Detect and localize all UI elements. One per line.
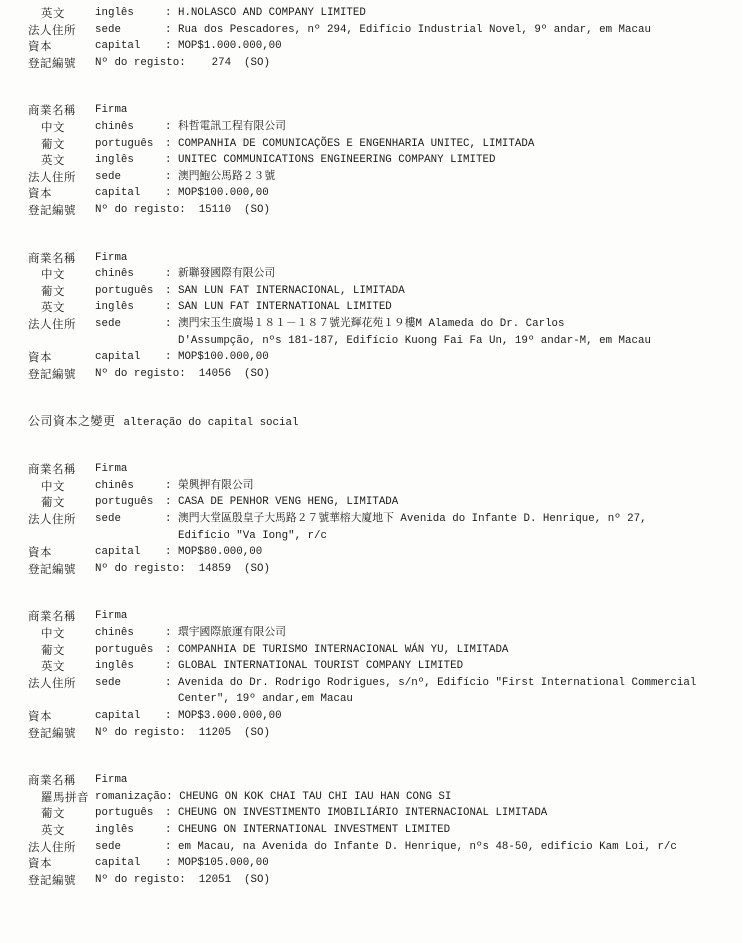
record-row: 登記編號 Nº do registo: 14859 (SO) bbox=[28, 561, 728, 578]
label-zh: 英文 bbox=[28, 5, 95, 22]
label-zh: 中文 bbox=[28, 478, 95, 495]
field-value: 澳門大堂區殷皇子大馬路２７號華榕大廈地下 Avenida do Infante … bbox=[178, 511, 728, 544]
field-value: 12051 (SO) bbox=[186, 872, 728, 889]
label-pt: chinês bbox=[95, 478, 165, 495]
record-row: 中文 chinês : 榮興押有限公司 bbox=[28, 478, 728, 495]
colon-separator: : bbox=[165, 625, 178, 642]
record-row: 資本 capital : MOP$3.000.000,00 bbox=[28, 708, 728, 725]
record-row: 商業名稱 Firma bbox=[28, 250, 728, 267]
label-pt: português bbox=[95, 642, 165, 659]
field-value: GLOBAL INTERNATIONAL TOURIST COMPANY LIM… bbox=[178, 658, 728, 675]
record-row: 法人住所 sede : 澳門宋玉生廣場１８１－１８７號光輝花苑１９樓M Alam… bbox=[28, 316, 728, 349]
label-zh: 資本 bbox=[28, 38, 95, 55]
colon-separator: : bbox=[165, 839, 178, 856]
label-zh: 葡文 bbox=[28, 494, 95, 511]
record-row: 葡文 português : SAN LUN FAT INTERNACIONAL… bbox=[28, 283, 728, 300]
label-pt: Nº do registo: bbox=[95, 725, 186, 742]
colon-separator: : bbox=[165, 478, 178, 495]
label-zh: 葡文 bbox=[28, 805, 95, 822]
label-pt: capital bbox=[95, 708, 165, 725]
company-record: 商業名稱 Firma 中文 chinês : 科哲電訊工程有限公司 葡文 por… bbox=[28, 102, 728, 218]
label-zh: 法人住所 bbox=[28, 675, 95, 692]
company-record: 商業名稱 Firma 中文 chinês : 環宇國際旅運有限公司 葡文 por… bbox=[28, 608, 728, 741]
record-row: 登記編號 Nº do registo: 11205 (SO) bbox=[28, 725, 728, 742]
label-zh: 法人住所 bbox=[28, 839, 95, 856]
label-pt: inglês bbox=[95, 152, 165, 169]
label-pt: português bbox=[95, 136, 165, 153]
record-row: 葡文 português : CASA DE PENHOR VENG HENG,… bbox=[28, 494, 728, 511]
record-row: 商業名稱 Firma bbox=[28, 461, 728, 478]
field-value: CHEUNG ON KOK CHAI TAU CHI IAU HAN CONG … bbox=[173, 789, 728, 806]
label-zh: 中文 bbox=[28, 625, 95, 642]
label-zh: 商業名稱 bbox=[28, 102, 95, 119]
label-pt: inglês bbox=[95, 822, 165, 839]
field-value: 榮興押有限公司 bbox=[178, 478, 728, 495]
colon-separator: : bbox=[165, 675, 178, 692]
record-row: 英文 inglês : SAN LUN FAT INTERNATIONAL LI… bbox=[28, 299, 728, 316]
label-zh: 登記編號 bbox=[28, 202, 95, 219]
label-pt: português bbox=[95, 283, 165, 300]
record-row: 英文 inglês : CHEUNG ON INTERNATIONAL INVE… bbox=[28, 822, 728, 839]
field-value: 環宇國際旅運有限公司 bbox=[178, 625, 728, 642]
colon-separator: : bbox=[165, 658, 178, 675]
label-pt: chinês bbox=[95, 119, 165, 136]
label-zh: 資本 bbox=[28, 185, 95, 202]
field-value: 澳門鮑公馬路２３號 bbox=[178, 169, 728, 186]
label-zh: 登記編號 bbox=[28, 561, 95, 578]
label-pt: capital bbox=[95, 855, 165, 872]
field-value: 14859 (SO) bbox=[186, 561, 728, 578]
field-value: CHEUNG ON INTERNATIONAL INVESTMENT LIMIT… bbox=[178, 822, 728, 839]
company-record: 商業名稱 Firma 羅馬拼音 romanização: CHEUNG ON K… bbox=[28, 772, 728, 888]
label-pt: sede bbox=[95, 169, 165, 186]
field-value: SAN LUN FAT INTERNACIONAL, LIMITADA bbox=[178, 283, 728, 300]
colon-separator: : bbox=[165, 266, 178, 283]
label-pt: Firma bbox=[95, 608, 165, 625]
colon-separator: : bbox=[165, 349, 178, 366]
colon-separator: : bbox=[165, 316, 178, 333]
record-row: 登記編號 Nº do registo: 12051 (SO) bbox=[28, 872, 728, 889]
record-row: 英文 inglês : H.NOLASCO AND COMPANY LIMITE… bbox=[28, 5, 728, 22]
label-pt: Firma bbox=[95, 102, 165, 119]
label-pt: Firma bbox=[95, 461, 165, 478]
label-pt: inglês bbox=[95, 658, 165, 675]
label-pt: Firma bbox=[95, 250, 165, 267]
field-value: COMPANHIA DE TURISMO INTERNACIONAL WÁN Y… bbox=[178, 642, 728, 659]
record-row: 法人住所 sede : 澳門鮑公馬路２３號 bbox=[28, 169, 728, 186]
field-value: H.NOLASCO AND COMPANY LIMITED bbox=[178, 5, 728, 22]
colon-separator: : bbox=[165, 22, 178, 39]
record-row: 葡文 português : COMPANHIA DE TURISMO INTE… bbox=[28, 642, 728, 659]
colon-separator: : bbox=[165, 152, 178, 169]
label-pt: chinês bbox=[95, 266, 165, 283]
label-zh: 法人住所 bbox=[28, 169, 95, 186]
label-pt: Nº do registo: bbox=[95, 872, 186, 889]
label-zh: 英文 bbox=[28, 658, 95, 675]
field-value: COMPANHIA DE COMUNICAÇÕES E ENGENHARIA U… bbox=[178, 136, 728, 153]
colon-separator: : bbox=[165, 119, 178, 136]
label-pt: Nº do registo: bbox=[95, 55, 186, 72]
label-zh: 羅馬拼音 bbox=[28, 789, 95, 806]
record-row: 商業名稱 Firma bbox=[28, 608, 728, 625]
label-pt: Nº do registo: bbox=[95, 202, 186, 219]
record-row: 登記編號 Nº do registo: 15110 (SO) bbox=[28, 202, 728, 219]
label-pt: Nº do registo: bbox=[95, 366, 186, 383]
label-zh: 登記編號 bbox=[28, 55, 95, 72]
colon-separator: : bbox=[165, 642, 178, 659]
colon-separator: : bbox=[165, 822, 178, 839]
colon-separator: : bbox=[165, 169, 178, 186]
label-zh: 中文 bbox=[28, 266, 95, 283]
field-value: 274 (SO) bbox=[186, 55, 728, 72]
label-zh: 資本 bbox=[28, 349, 95, 366]
record-row: 英文 inglês : UNITEC COMMUNICATIONS ENGINE… bbox=[28, 152, 728, 169]
company-record: 英文 inglês : H.NOLASCO AND COMPANY LIMITE… bbox=[28, 5, 728, 71]
colon-separator: : bbox=[165, 544, 178, 561]
colon-separator: : bbox=[165, 511, 178, 528]
colon-separator: : bbox=[165, 136, 178, 153]
field-value: CASA DE PENHOR VENG HENG, LIMITADA bbox=[178, 494, 728, 511]
document-page: 英文 inglês : H.NOLASCO AND COMPANY LIMITE… bbox=[28, 5, 728, 888]
field-value: em Macau, na Avenida do Infante D. Henri… bbox=[178, 839, 728, 856]
label-zh: 法人住所 bbox=[28, 511, 95, 528]
record-row: 中文 chinês : 新聯發國際有限公司 bbox=[28, 266, 728, 283]
field-value: CHEUNG ON INVESTIMENTO IMOBILIÁRIO INTER… bbox=[178, 805, 728, 822]
record-row: 葡文 português : CHEUNG ON INVESTIMENTO IM… bbox=[28, 805, 728, 822]
record-row: 資本 capital : MOP$100.000,00 bbox=[28, 349, 728, 366]
label-zh: 英文 bbox=[28, 299, 95, 316]
label-pt: sede bbox=[95, 316, 165, 333]
record-row: 資本 capital : MOP$100.000,00 bbox=[28, 185, 728, 202]
label-zh: 登記編號 bbox=[28, 366, 95, 383]
field-value: MOP$80.000,00 bbox=[178, 544, 728, 561]
colon-separator: : bbox=[165, 5, 178, 22]
label-pt: capital bbox=[95, 349, 165, 366]
field-value: SAN LUN FAT INTERNATIONAL LIMITED bbox=[178, 299, 728, 316]
field-value: MOP$105.000,00 bbox=[178, 855, 728, 872]
record-row: 法人住所 sede : em Macau, na Avenida do Infa… bbox=[28, 839, 728, 856]
label-zh: 法人住所 bbox=[28, 22, 95, 39]
record-row: 商業名稱 Firma bbox=[28, 102, 728, 119]
label-pt: sede bbox=[95, 839, 165, 856]
label-pt: Firma bbox=[95, 772, 165, 789]
field-value: MOP$100.000,00 bbox=[178, 185, 728, 202]
field-value: MOP$1.000.000,00 bbox=[178, 38, 728, 55]
field-value: Avenida do Dr. Rodrigo Rodrigues, s/nº, … bbox=[178, 675, 728, 708]
company-record: 商業名稱 Firma 中文 chinês : 榮興押有限公司 葡文 portug… bbox=[28, 461, 728, 577]
label-pt: português bbox=[95, 805, 165, 822]
label-zh: 法人住所 bbox=[28, 316, 95, 333]
label-zh: 英文 bbox=[28, 152, 95, 169]
record-row: 法人住所 sede : Avenida do Dr. Rodrigo Rodri… bbox=[28, 675, 728, 708]
label-zh: 商業名稱 bbox=[28, 608, 95, 625]
label-pt: sede bbox=[95, 22, 165, 39]
label-zh: 葡文 bbox=[28, 642, 95, 659]
label-pt: sede bbox=[95, 675, 165, 692]
section-heading-pt: alteração do capital social bbox=[124, 415, 299, 432]
label-pt: capital bbox=[95, 185, 165, 202]
field-value: UNITEC COMMUNICATIONS ENGINEERING COMPAN… bbox=[178, 152, 728, 169]
label-zh: 葡文 bbox=[28, 283, 95, 300]
label-pt: sede bbox=[95, 511, 165, 528]
field-value: 14056 (SO) bbox=[186, 366, 728, 383]
colon-separator: : bbox=[165, 299, 178, 316]
field-value: 11205 (SO) bbox=[186, 725, 728, 742]
field-value: MOP$3.000.000,00 bbox=[178, 708, 728, 725]
record-row: 資本 capital : MOP$105.000,00 bbox=[28, 855, 728, 872]
record-row: 法人住所 sede : 澳門大堂區殷皇子大馬路２７號華榕大廈地下 Avenida… bbox=[28, 511, 728, 544]
record-row: 資本 capital : MOP$1.000.000,00 bbox=[28, 38, 728, 55]
colon-separator: : bbox=[165, 185, 178, 202]
label-zh: 商業名稱 bbox=[28, 250, 95, 267]
section-heading: 公司資本之變更 alteração do capital social bbox=[28, 413, 728, 432]
record-row: 資本 capital : MOP$80.000,00 bbox=[28, 544, 728, 561]
label-zh: 英文 bbox=[28, 822, 95, 839]
record-row: 英文 inglês : GLOBAL INTERNATIONAL TOURIST… bbox=[28, 658, 728, 675]
label-zh: 葡文 bbox=[28, 136, 95, 153]
company-record: 商業名稱 Firma 中文 chinês : 新聯發國際有限公司 葡文 port… bbox=[28, 250, 728, 383]
label-zh: 中文 bbox=[28, 119, 95, 136]
label-zh: 登記編號 bbox=[28, 872, 95, 889]
label-pt: Nº do registo: bbox=[95, 561, 186, 578]
label-zh: 資本 bbox=[28, 544, 95, 561]
label-zh: 商業名稱 bbox=[28, 772, 95, 789]
field-value: MOP$100.000,00 bbox=[178, 349, 728, 366]
label-zh: 資本 bbox=[28, 855, 95, 872]
label-zh: 資本 bbox=[28, 708, 95, 725]
section-heading-zh: 公司資本之變更 bbox=[28, 413, 116, 430]
label-zh: 商業名稱 bbox=[28, 461, 95, 478]
label-pt: chinês bbox=[95, 625, 165, 642]
field-value: 澳門宋玉生廣場１８１－１８７號光輝花苑１９樓M Alameda do Dr. C… bbox=[178, 316, 728, 349]
record-row: 羅馬拼音 romanização: CHEUNG ON KOK CHAI TAU… bbox=[28, 789, 728, 806]
label-zh: 登記編號 bbox=[28, 725, 95, 742]
label-pt: capital bbox=[95, 38, 165, 55]
colon-separator: : bbox=[165, 855, 178, 872]
colon-separator: : bbox=[165, 805, 178, 822]
field-value: 科哲電訊工程有限公司 bbox=[178, 119, 728, 136]
colon-separator: : bbox=[165, 708, 178, 725]
colon-separator: : bbox=[165, 494, 178, 511]
label-pt: capital bbox=[95, 544, 165, 561]
label-pt: inglês bbox=[95, 5, 165, 22]
record-row: 葡文 português : COMPANHIA DE COMUNICAÇÕES… bbox=[28, 136, 728, 153]
label-pt: português bbox=[95, 494, 165, 511]
record-row: 登記編號 Nº do registo: 14056 (SO) bbox=[28, 366, 728, 383]
record-row: 商業名稱 Firma bbox=[28, 772, 728, 789]
field-value: 新聯發國際有限公司 bbox=[178, 266, 728, 283]
record-row: 中文 chinês : 科哲電訊工程有限公司 bbox=[28, 119, 728, 136]
field-value: Rua dos Pescadores, nº 294, Edifício Ind… bbox=[178, 22, 728, 39]
record-row: 法人住所 sede : Rua dos Pescadores, nº 294, … bbox=[28, 22, 728, 39]
record-row: 中文 chinês : 環宇國際旅運有限公司 bbox=[28, 625, 728, 642]
colon-separator: : bbox=[165, 283, 178, 300]
field-value: 15110 (SO) bbox=[186, 202, 728, 219]
label-pt: inglês bbox=[95, 299, 165, 316]
record-row: 登記編號 Nº do registo: 274 (SO) bbox=[28, 55, 728, 72]
colon-separator: : bbox=[165, 38, 178, 55]
label-pt: romanização: bbox=[95, 789, 173, 806]
